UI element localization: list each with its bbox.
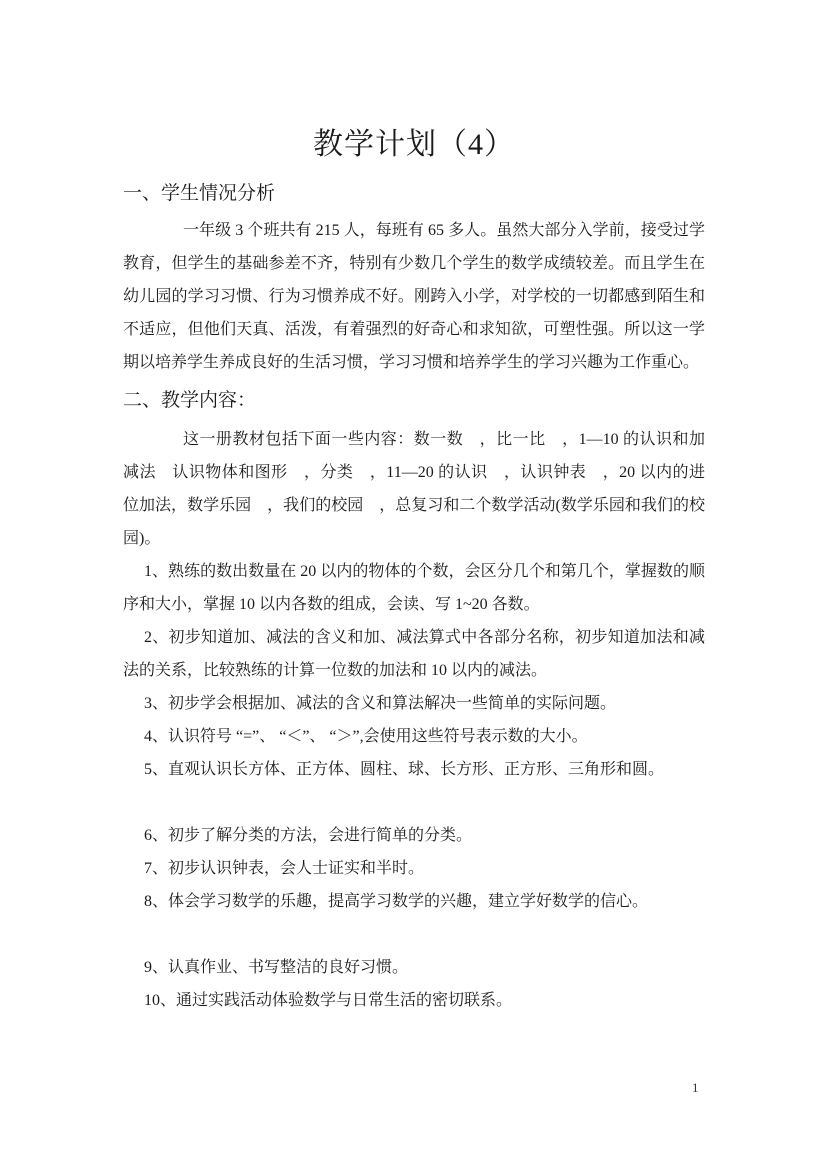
document-content: 教学计划（4） 一、学生情况分析 一年级 3 个班共有 215 人，每班有 65… bbox=[123, 0, 705, 1017]
list-item-10: 10、通过实践活动体验数学与日常生活的密切联系。 bbox=[123, 984, 705, 1017]
section2-heading: 二、教学内容： bbox=[123, 387, 705, 415]
list-item-7: 7、初步认识钟表，会人士证实和半时。 bbox=[123, 852, 705, 885]
list-item-4: 4、认识符号 “=”、 “＜”、 “＞”,会使用这些符号表示数的大小。 bbox=[123, 720, 705, 753]
document-page: 教学计划（4） 一、学生情况分析 一年级 3 个班共有 215 人，每班有 65… bbox=[0, 0, 827, 1169]
section2-intro-paragraph: 这一册教材包括下面一些内容：数一数 ，比一比 ，1—10 的认识和加减法 认识物… bbox=[123, 423, 705, 555]
list-item-2: 2、初步知道加、减法的含义和加、减法算式中各部分名称，初步知道加法和减法的关系，… bbox=[123, 621, 705, 687]
page-number: 1 bbox=[692, 1080, 699, 1096]
list-item-5: 5、直观认识长方体、正方体、圆柱、球、长方形、正方形、三角形和圆。 bbox=[123, 753, 705, 786]
list-item-3: 3、初步学会根据加、减法的含义和算法解决一些简单的实际问题。 bbox=[123, 687, 705, 720]
section1-heading: 一、学生情况分析 bbox=[123, 180, 705, 208]
blank-line bbox=[123, 786, 705, 819]
list-item-6: 6、初步了解分类的方法，会进行简单的分类。 bbox=[123, 819, 705, 852]
section1-paragraph: 一年级 3 个班共有 215 人，每班有 65 多人。虽然大部分入学前，接受过学… bbox=[123, 214, 705, 379]
list-item-1: 1、熟练的数出数量在 20 以内的物体的个数，会区分几个和第几个，掌握数的顺序和… bbox=[123, 555, 705, 621]
list-item-8: 8、体会学习数学的乐趣，提高学习数学的兴趣，建立学好数学的信心。 bbox=[123, 885, 705, 918]
document-title: 教学计划（4） bbox=[123, 0, 705, 164]
list-item-9: 9、认真作业、书写整洁的良好习惯。 bbox=[123, 951, 705, 984]
blank-line bbox=[123, 918, 705, 951]
